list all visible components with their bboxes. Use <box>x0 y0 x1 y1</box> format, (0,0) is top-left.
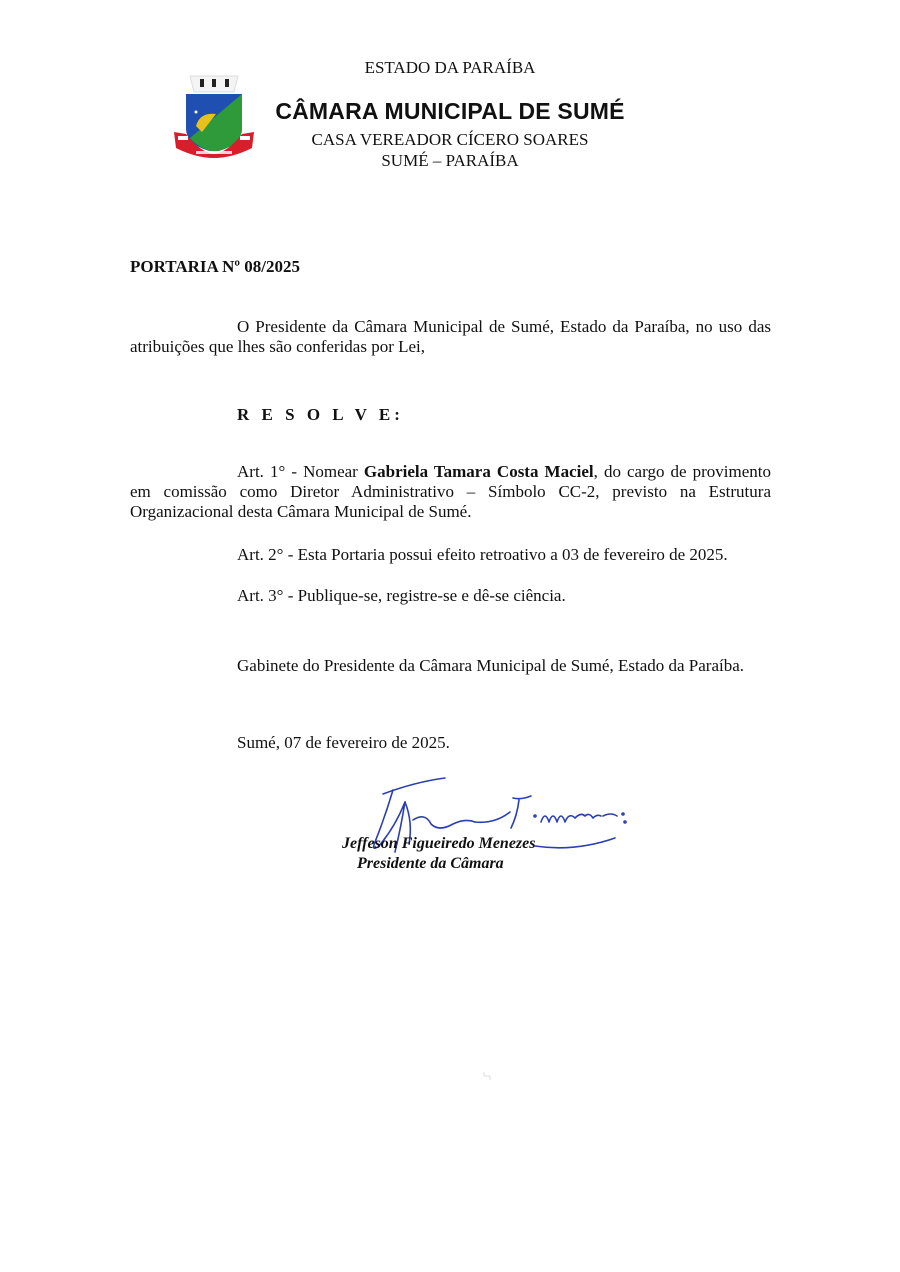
signatory-role: Presidente da Câmara <box>357 855 504 873</box>
document-page: ESTADO DA PARAÍBA CÂMARA MUNICIPAL DE SU… <box>0 0 900 1272</box>
chamber-heading: CÂMARA MUNICIPAL DE SUMÉ <box>260 98 640 125</box>
date-line: Sumé, 07 de fevereiro de 2025. <box>237 733 450 753</box>
article-1: Art. 1° - Nomear Gabriela Tamara Costa M… <box>130 462 771 522</box>
house-heading: CASA VEREADOR CÍCERO SOARES <box>250 130 650 150</box>
appointee-name: Gabriela Tamara Costa Maciel <box>364 462 594 481</box>
city-heading: SUMÉ – PARAÍBA <box>250 151 650 171</box>
resolve-heading: R E S O L V E: <box>237 405 404 425</box>
document-title: PORTARIA Nº 08/2025 <box>130 257 300 277</box>
preamble-paragraph: O Presidente da Câmara Municipal de Sumé… <box>130 317 771 357</box>
signatory-name: Jeffeson Figueiredo Menezes <box>342 835 535 853</box>
article-2: Art. 2° - Esta Portaria possui efeito re… <box>237 545 728 565</box>
coat-of-arms-icon <box>172 62 256 160</box>
article-1-prefix: Art. 1° - Nomear <box>237 462 364 481</box>
article-3: Art. 3° - Publique-se, registre-se e dê-… <box>237 586 566 606</box>
closing-paragraph: Gabinete do Presidente da Câmara Municip… <box>130 651 771 680</box>
scan-artifact-icon <box>483 1070 495 1082</box>
state-heading: ESTADO DA PARAÍBA <box>250 58 650 78</box>
